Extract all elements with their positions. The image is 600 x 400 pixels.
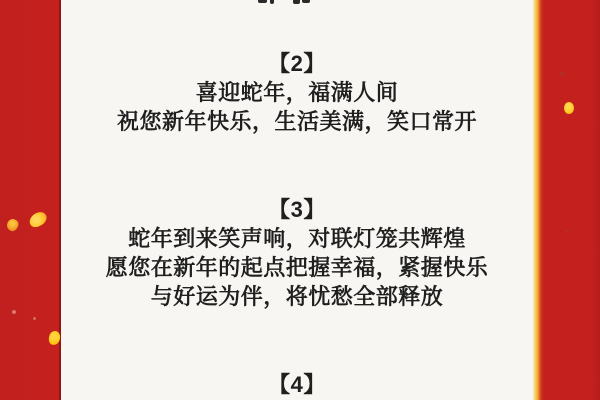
gold-splatter-decoration [564, 102, 574, 114]
right-red-border [533, 0, 600, 400]
paint-speck-decoration [33, 317, 36, 320]
greeting-section-2: 【2】 喜迎蛇年，福满人间 祝您新年快乐，生活美满，笑口常开 [61, 49, 533, 136]
paint-speck-decoration [560, 72, 564, 76]
section-number: 【4】 [61, 370, 533, 399]
paint-speck-decoration [12, 310, 16, 314]
section-number: 【3】 [61, 195, 533, 224]
greeting-line: 愿您在新年的起点把握幸福，紧握快乐 [61, 253, 533, 282]
greeting-section-3: 【3】 蛇年到来笑声响，对联灯笼共辉煌 愿您在新年的起点把握幸福，紧握快乐 与好… [61, 195, 533, 311]
greeting-line: 祝您新年快乐，生活美满，笑口常开 [61, 107, 533, 136]
paint-speck-decoration [566, 230, 569, 233]
greeting-text-column: 【2】 喜迎蛇年，福满人间 祝您新年快乐，生活美满，笑口常开 【3】 蛇年到来笑… [61, 0, 533, 400]
section-number: 【2】 [61, 49, 533, 78]
greeting-line: 蛇年到来笑声响，对联灯笼共辉煌 [61, 224, 533, 253]
greeting-line: 喜迎蛇年，福满人间 [61, 78, 533, 107]
greeting-line: 与好运为伴，将忧愁全部释放 [61, 282, 533, 311]
greeting-card: 【2】 喜迎蛇年，福满人间 祝您新年快乐，生活美满，笑口常开 【3】 蛇年到来笑… [0, 0, 600, 400]
greeting-section-4: 【4】 [61, 370, 533, 399]
